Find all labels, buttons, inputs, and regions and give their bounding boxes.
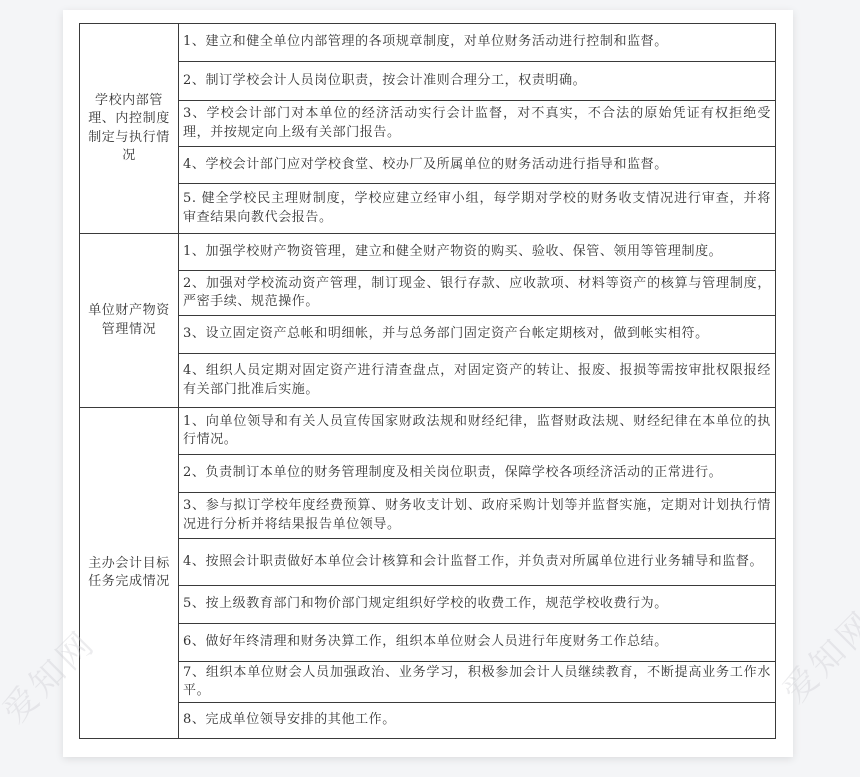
table-row: 4、按照会计职责做好本单位会计核算和会计监督工作，并负责对所属单位进行业务辅导和… xyxy=(80,539,776,586)
work-report-table: 学校内部管理、内控制度制定与执行情况 1、建立和健全单位内部管理的各项规章制度，… xyxy=(79,23,776,739)
table-row: 主办会计目标任务完成情况 1、向单位领导和有关人员宣传国家财政法规和财经纪律，监… xyxy=(80,408,776,455)
table-cell-item: 3、学校会计部门对本单位的经济活动实行会计监督，对不真实，不合法的原始凭证有权拒… xyxy=(179,101,776,147)
table-cell-item: 4、学校会计部门应对学校食堂、校办厂及所属单位的财务活动进行指导和监督。 xyxy=(179,147,776,184)
table-row: 3、学校会计部门对本单位的经济活动实行会计监督，对不真实，不合法的原始凭证有权拒… xyxy=(80,101,776,147)
table-cell-item: 3、设立固定资产总帐和明细帐，并与总务部门固定资产台帐定期核对，做到帐实相符。 xyxy=(179,316,776,354)
category-property-management: 单位财产物资管理情况 xyxy=(80,234,179,408)
table-row: 3、设立固定资产总帐和明细帐，并与总务部门固定资产台帐定期核对，做到帐实相符。 xyxy=(80,316,776,354)
table-row: 2、制订学校会计人员岗位职责，按会计准则合理分工，权责明确。 xyxy=(80,62,776,101)
document-page: 学校内部管理、内控制度制定与执行情况 1、建立和健全单位内部管理的各项规章制度，… xyxy=(63,10,793,757)
table-cell-item: 2、负责制订本单位的财务管理制度及相关岗位职责，保障学校各项经济活动的正常进行。 xyxy=(179,455,776,493)
category-internal-management: 学校内部管理、内控制度制定与执行情况 xyxy=(80,24,179,234)
table-row: 5. 健全学校民主理财制度，学校应建立经审小组，每学期对学校的财务收支情况进行审… xyxy=(80,184,776,234)
table-cell-item: 8、完成单位领导安排的其他工作。 xyxy=(179,703,776,739)
table-row: 2、负责制订本单位的财务管理制度及相关岗位职责，保障学校各项经济活动的正常进行。 xyxy=(80,455,776,493)
table-cell-item: 5. 健全学校民主理财制度，学校应建立经审小组，每学期对学校的财务收支情况进行审… xyxy=(179,184,776,234)
table-cell-item: 5、按上级教育部门和物价部门规定组织好学校的收费工作，规范学校收费行为。 xyxy=(179,586,776,624)
table-cell-item: 2、加强对学校流动资产管理，制订现金、银行存款、应收款项、材料等资产的核算与管理… xyxy=(179,271,776,316)
table-row: 3、参与拟订学校年度经费预算、财务收支计划、政府采购计划等并监督实施，定期对计划… xyxy=(80,493,776,539)
table-row: 7、组织本单位财会人员加强政治、业务学习，积极参加会计人员继续教育，不断提高业务… xyxy=(80,662,776,703)
table-cell-item: 7、组织本单位财会人员加强政治、业务学习，积极参加会计人员继续教育，不断提高业务… xyxy=(179,662,776,703)
table-row: 5、按上级教育部门和物价部门规定组织好学校的收费工作，规范学校收费行为。 xyxy=(80,586,776,624)
table-cell-item: 1、建立和健全单位内部管理的各项规章制度，对单位财务活动进行控制和监督。 xyxy=(179,24,776,62)
table-cell-item: 4、按照会计职责做好本单位会计核算和会计监督工作，并负责对所属单位进行业务辅导和… xyxy=(179,539,776,586)
table-row: 学校内部管理、内控制度制定与执行情况 1、建立和健全单位内部管理的各项规章制度，… xyxy=(80,24,776,62)
table-cell-item: 6、做好年终清理和财务决算工作，组织本单位财会人员进行年度财务工作总结。 xyxy=(179,624,776,662)
table-row: 4、学校会计部门应对学校食堂、校办厂及所属单位的财务活动进行指导和监督。 xyxy=(80,147,776,184)
table-row: 单位财产物资管理情况 1、加强学校财产物资管理，建立和健全财产物资的购买、验收、… xyxy=(80,234,776,271)
category-accounting-goals: 主办会计目标任务完成情况 xyxy=(80,408,179,739)
table-cell-item: 3、参与拟订学校年度经费预算、财务收支计划、政府采购计划等并监督实施，定期对计划… xyxy=(179,493,776,539)
table-cell-item: 1、向单位领导和有关人员宣传国家财政法规和财经纪律，监督财政法规、财经纪律在本单… xyxy=(179,408,776,455)
table-row: 6、做好年终清理和财务决算工作，组织本单位财会人员进行年度财务工作总结。 xyxy=(80,624,776,662)
table-cell-item: 1、加强学校财产物资管理，建立和健全财产物资的购买、验收、保管、领用等管理制度。 xyxy=(179,234,776,271)
table-row: 2、加强对学校流动资产管理，制订现金、银行存款、应收款项、材料等资产的核算与管理… xyxy=(80,271,776,316)
table-cell-item: 4、组织人员定期对固定资产进行清查盘点，对固定资产的转让、报废、报损等需按审批权… xyxy=(179,354,776,408)
table-row: 4、组织人员定期对固定资产进行清查盘点，对固定资产的转让、报废、报损等需按审批权… xyxy=(80,354,776,408)
table-row: 8、完成单位领导安排的其他工作。 xyxy=(80,703,776,739)
table-cell-item: 2、制订学校会计人员岗位职责，按会计准则合理分工，权责明确。 xyxy=(179,62,776,101)
